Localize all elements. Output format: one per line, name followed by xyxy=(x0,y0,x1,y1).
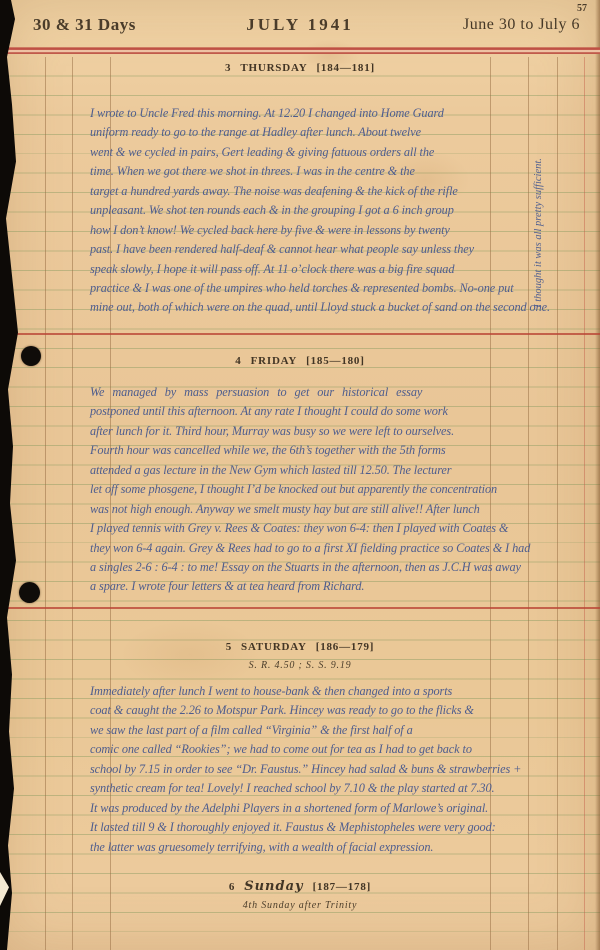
entry-friday: We managed by mass persuasion to get our… xyxy=(90,383,535,597)
handwritten-line: comic one called “Rookies”; we had to co… xyxy=(90,740,535,759)
handwritten-line: mine out, both of which were on the quad… xyxy=(90,298,535,317)
handwritten-line: synthetic cream for tea! Lovely! I reach… xyxy=(90,779,535,798)
handwritten-line: postponed until this afternoon. At any r… xyxy=(90,402,535,421)
day-count: [187—178] xyxy=(313,881,372,893)
handwritten-line: Immediately after lunch I went to house-… xyxy=(90,682,535,701)
punch-hole xyxy=(21,346,41,366)
day-number: 3 xyxy=(225,62,231,74)
heading-thursday: 3THURSDAY[184—181] xyxy=(0,62,600,74)
heading-friday: 4FRIDAY[185—180] xyxy=(0,355,600,367)
saturday-sunrise-sunset: S. R. 4.50 ; S. S. 9.19 xyxy=(0,660,600,671)
heading-saturday: 5SATURDAY[186—179] xyxy=(0,641,600,653)
handwritten-line: how I don’t know! We cycled back here by… xyxy=(90,221,535,240)
handwritten-line: a singles 2-6 : 6-4 : to me! Essay on th… xyxy=(90,558,535,577)
column-rule xyxy=(45,57,46,950)
handwritten-line: school by 7.15 in order to see “Dr. Faus… xyxy=(90,760,535,779)
handwritten-line: unpleasant. We shot ten rounds each & in… xyxy=(90,201,535,220)
handwritten-line: I wrote to Uncle Fred this morning. At 1… xyxy=(90,104,535,123)
handwritten-line: attended a gas lecture in the New Gym wh… xyxy=(90,461,535,480)
handwritten-line: let off some phosgene, I thought I’d be … xyxy=(90,480,535,499)
column-rule xyxy=(557,57,558,950)
handwritten-line: coat & caught the 2.26 to Motspur Park. … xyxy=(90,701,535,720)
handwritten-line: a spare. I wrote four letters & at tea h… xyxy=(90,577,535,596)
entry-saturday: Immediately after lunch I went to house-… xyxy=(90,682,535,857)
handwritten-line: It lasted till 9 & I thoroughly enjoyed … xyxy=(90,818,535,837)
header-week-range: June 30 to July 6 xyxy=(463,16,580,34)
handwritten-line: after lunch for it. Third hour, Murray w… xyxy=(90,422,535,441)
day-number: 6 xyxy=(229,881,235,893)
handwritten-line: time. When we got there we shot in three… xyxy=(90,162,535,181)
handwritten-line: uniform ready to go to the range at Hadl… xyxy=(90,123,535,142)
entry-thursday: I wrote to Uncle Fred this morning. At 1… xyxy=(90,104,535,318)
handwritten-line: practice & I was one of the umpires who … xyxy=(90,279,535,298)
day-name: Sunday xyxy=(244,879,303,894)
handwritten-line: It was produced by the Adelphi Players i… xyxy=(90,799,535,818)
day-name: THURSDAY xyxy=(240,62,307,74)
diary-page: 57 30 & 31 Days JULY 1941 June 30 to Jul… xyxy=(0,0,600,950)
paper-stain xyxy=(120,620,260,690)
torn-binding-edge xyxy=(0,0,19,950)
section-red-rule xyxy=(0,333,600,335)
day-name: SATURDAY xyxy=(241,641,307,653)
handwritten-line: We managed by mass persuasion to get our… xyxy=(90,383,535,402)
day-count: [184—181] xyxy=(316,62,375,74)
handwritten-line: I played tennis with Grey v. Rees & Coat… xyxy=(90,519,535,538)
day-number: 5 xyxy=(226,641,232,653)
handwritten-line: the latter was gruesomely terrifying, wi… xyxy=(90,838,535,857)
section-red-rule xyxy=(0,607,600,609)
column-rule xyxy=(72,57,73,950)
heading-sunday: 6Sunday[187—178] xyxy=(0,879,600,894)
column-rule-red xyxy=(584,57,585,950)
handwritten-line: was not high enough. Anyway we smelt mus… xyxy=(90,500,535,519)
day-count: [186—179] xyxy=(316,641,375,653)
day-count: [185—180] xyxy=(306,355,365,367)
handwritten-line: past. I have been rendered half-deaf & c… xyxy=(90,240,535,259)
handwritten-line: went & we cycled in pairs, Gert leading … xyxy=(90,143,535,162)
handwritten-line: speak slowly, I hope it will pass off. A… xyxy=(90,260,535,279)
handwritten-line: target a hundred yards away. The noise w… xyxy=(90,182,535,201)
handwritten-line: we saw the last part of a film called “V… xyxy=(90,721,535,740)
header-red-rule xyxy=(0,47,600,54)
handwritten-line: they won 6-4 again. Grey & Rees had to g… xyxy=(90,539,535,558)
sunday-trinity-label: 4th Sunday after Trinity xyxy=(0,900,600,911)
punch-hole xyxy=(19,582,40,603)
day-number: 4 xyxy=(235,355,241,367)
page-number: 57 xyxy=(577,3,587,14)
page-right-edge xyxy=(595,0,600,950)
handwritten-line: Fourth hour was cancelled while we, the … xyxy=(90,441,535,460)
margin-note: I thought it was all pretty sufficient. xyxy=(533,117,549,349)
day-name: FRIDAY xyxy=(251,355,298,367)
